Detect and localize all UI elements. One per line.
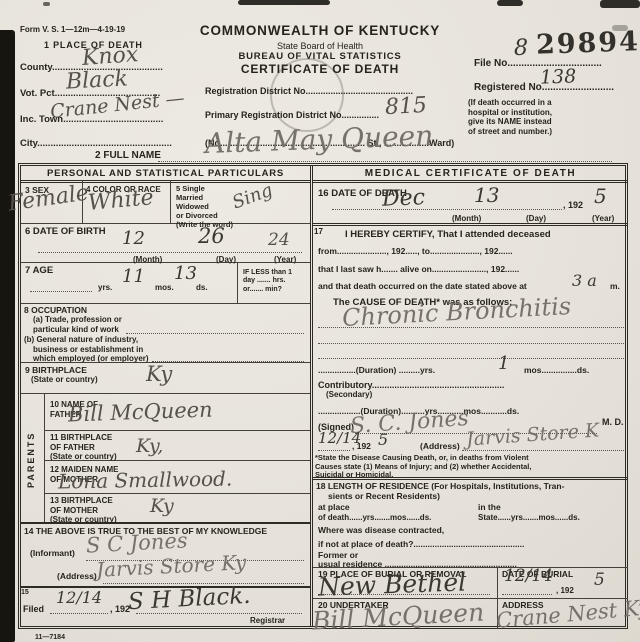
- contracted-label: Where was disease contracted,: [318, 526, 444, 535]
- of-death-line: of death......yrs.......mos......ds.: [318, 514, 431, 522]
- dotted-line: [50, 613, 108, 614]
- rule: [44, 430, 310, 431]
- father-birthplace-handwriting: Ky,: [136, 437, 163, 456]
- occupation-label: 8 OCCUPATION: [24, 306, 87, 315]
- dob-day-caption: (Day): [216, 256, 236, 264]
- dotted-line: [318, 358, 624, 359]
- cell-divider: [170, 181, 171, 223]
- secondary-label: (Secondary): [326, 391, 372, 399]
- state-line: State......yrs.......mos......ds.: [478, 514, 580, 522]
- burial-year-prefix: , 192: [556, 587, 574, 595]
- father-birthplace-label: 11 BIRTHPLACE OF FATHER (State or countr…: [50, 433, 117, 462]
- dotted-line: [318, 450, 350, 451]
- bureau-subtitle: BUREAU OF VITAL STATISTICS: [180, 52, 460, 62]
- rule: [313, 180, 628, 183]
- filed-item-number: 15: [21, 589, 29, 596]
- rule: [21, 262, 310, 263]
- burial-date-handwriting: 12/14: [504, 568, 553, 585]
- county-value-handwriting: Knox: [81, 44, 139, 70]
- cause-footnote: *State the Disease Causing Death, or, in…: [315, 454, 627, 480]
- dob-day-handwriting: 26: [198, 226, 225, 247]
- scan-edge-strip: [0, 30, 15, 642]
- dod-year-prefix: , 192: [563, 201, 583, 210]
- parents-divider: [44, 393, 45, 522]
- race-value-handwriting: White: [87, 187, 154, 215]
- duration-mos-handwriting: 1: [498, 355, 509, 373]
- rule: [313, 223, 628, 226]
- cell-divider: [237, 262, 238, 303]
- age-ds-caption: ds.: [196, 284, 208, 292]
- in-the-label: in the: [478, 503, 501, 512]
- last-saw-line: that I last saw h....... alive on.......…: [318, 265, 519, 274]
- commonwealth-title: COMMONWEALTH OF KENTUCKY: [180, 24, 460, 38]
- filed-year-prefix: , 192: [110, 605, 130, 614]
- form-code: Form V. S. 1—12m—4-19-19: [20, 26, 125, 34]
- scan-smudge: [600, 0, 640, 8]
- dod-year-caption: (Year): [592, 215, 614, 223]
- residence-label-2: sients or Recent Residents): [328, 492, 440, 501]
- vot-pct-value-handwriting: Black: [65, 68, 128, 93]
- dotted-line: [462, 450, 624, 451]
- rule: [21, 303, 310, 304]
- age-yrs-caption: yrs.: [98, 284, 112, 292]
- medical-section-title: MEDICAL CERTIFICATE OF DEATH: [313, 169, 628, 179]
- residence-label-1: 18 LENGTH OF RESIDENCE (For Hospitals, I…: [316, 482, 564, 491]
- file-no-value-handwriting: 8: [514, 38, 528, 60]
- board-subtitle: State Board of Health: [180, 42, 460, 51]
- contributory-label: Contributory............................…: [318, 381, 504, 390]
- duration-line-right: mos...............ds.: [524, 366, 589, 375]
- dod-month-handwriting: Dec: [382, 187, 426, 210]
- rule: [44, 493, 310, 494]
- dob-year-caption: (Year): [274, 256, 296, 264]
- hospital-note: (If death occurred in a hospital or inst…: [468, 98, 630, 136]
- at-place-label: at place: [318, 503, 350, 512]
- usual-residence-line: usual residence ........................…: [318, 560, 517, 569]
- bottom-form-code: 11—7184: [35, 634, 65, 641]
- registration-district-label: Registration District No................…: [205, 87, 413, 96]
- registered-no-value-handwriting: 138: [540, 67, 577, 87]
- column-divider: [310, 166, 313, 626]
- parents-vertical-label: PARENTS: [26, 432, 36, 488]
- dotted-line: [158, 161, 612, 162]
- occurred-time-handwriting: 3 a: [572, 273, 597, 289]
- scan-smudge: [43, 2, 50, 6]
- if-not-line: if not at place of death?...............…: [318, 540, 524, 549]
- birthplace-value-handwriting: Ky: [146, 364, 172, 385]
- dob-year-handwriting: 24: [268, 232, 290, 249]
- duration-line-left: ................(Duration) .........yrs.: [318, 366, 435, 375]
- age-label: 7 AGE: [25, 266, 53, 276]
- dotted-line: [152, 361, 304, 362]
- age-ds-handwriting: 13: [174, 265, 197, 283]
- dob-month-caption: (Month): [133, 256, 162, 264]
- dotted-line: [103, 583, 304, 584]
- mother-birthplace-label: 13 BIRTHPLACE OF MOTHER (State or countr…: [50, 496, 117, 525]
- burial-year-handwriting: 5: [594, 572, 605, 589]
- date-of-birth-label: 6 DATE OF BIRTH: [25, 227, 106, 237]
- dotted-line: [332, 209, 562, 210]
- mother-name-handwriting: Lona Smallwood.: [58, 468, 233, 491]
- informant-address-label: (Address): [57, 572, 97, 581]
- informant-label: (Informant): [30, 549, 75, 558]
- signed-address-label: (Address): [420, 442, 460, 451]
- birthplace-sub-label: (State or country): [31, 376, 98, 384]
- if-less-note: IF LESS than 1 day ....... hrs. or......…: [243, 269, 307, 294]
- occupation-b2: business or establishment in: [33, 346, 143, 354]
- filed-label: Filed: [23, 605, 44, 614]
- occurred-suffix: m.: [610, 282, 620, 291]
- dotted-line: [502, 594, 552, 595]
- md-label: M. D.: [602, 418, 624, 427]
- full-name-value-handwriting: Alta May Queen: [205, 122, 434, 158]
- age-mos-caption: mos.: [155, 284, 174, 292]
- dod-year-handwriting: 5: [594, 186, 607, 206]
- primary-registration-district-label: Primary Registration District No........…: [205, 111, 379, 120]
- dotted-line: [30, 291, 92, 292]
- personal-section-title: PERSONAL AND STATISTICAL PARTICULARS: [21, 169, 310, 179]
- dotted-line: [126, 333, 304, 334]
- signed-year-handwriting: 5: [378, 432, 388, 448]
- scan-smudge: [497, 0, 523, 6]
- scan-smudge: [238, 0, 330, 5]
- dod-day-handwriting: 13: [474, 185, 499, 205]
- occupation-a1: (a) Trade, profession or: [33, 316, 122, 324]
- occupation-b3: which employed (or employer): [33, 355, 149, 363]
- full-name-label: 2 FULL NAME: [95, 151, 161, 161]
- death-occurred-line: and that death occurred on the date stat…: [318, 282, 527, 291]
- father-name-handwriting: Bill McQueen: [68, 399, 213, 425]
- informant-value-handwriting: S C Jones: [86, 530, 189, 556]
- burial-place-handwriting: New Bethel: [318, 569, 467, 599]
- mother-birthplace-handwriting: Ky: [150, 497, 174, 516]
- primary-district-value-handwriting: 815: [384, 95, 427, 119]
- dob-month-handwriting: 12: [122, 230, 145, 248]
- attended-from-line: from....................., 192....., to.…: [318, 247, 513, 256]
- signed-date-handwriting: 12/14: [318, 431, 361, 446]
- age-mos-handwriting: 11: [122, 268, 145, 286]
- certify-item-number: 17: [314, 228, 323, 236]
- dod-day-caption: (Day): [526, 215, 546, 223]
- certify-statement: I HEREBY CERTIFY, That I attended deceas…: [345, 230, 551, 240]
- city-label: City....................................…: [20, 139, 172, 149]
- occupation-a2: particular kind of work: [33, 326, 119, 334]
- scanned-death-certificate: { "scan": { "form_code": "Form V. S. 1—1…: [0, 0, 640, 642]
- filed-date-handwriting: 12/14: [56, 590, 102, 606]
- birthplace-label: 9 BIRTHPLACE: [25, 366, 87, 375]
- certificate-title: CERTIFICATE OF DEATH: [180, 63, 460, 75]
- file-no-stamp-number: 29894: [536, 28, 640, 59]
- occupation-b1: (b) General nature of industry,: [24, 336, 138, 344]
- registrar-caption: Registrar: [250, 617, 285, 625]
- dotted-line: [38, 252, 302, 253]
- rule: [21, 393, 310, 394]
- dotted-line: [318, 343, 624, 344]
- dod-month-caption: (Month): [452, 215, 481, 223]
